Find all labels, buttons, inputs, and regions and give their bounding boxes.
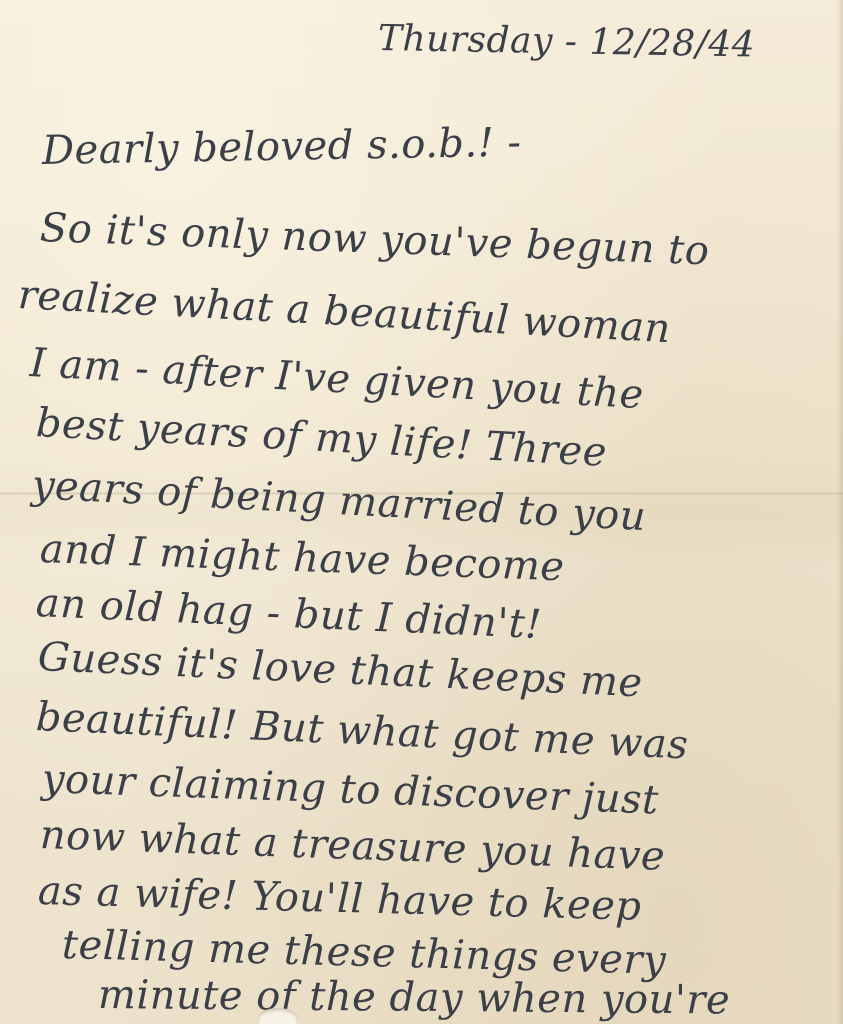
letter-line: your claiming to discover just (41, 756, 659, 824)
paper-edge (837, 0, 843, 1024)
letter-line: So it's only now you've begun to (39, 205, 710, 274)
letter-line: Guess it's love that keeps me (37, 634, 644, 706)
letter-page: Thursday - 12/28/44 Dearly beloved s.o.b… (0, 0, 843, 1024)
letter-salutation: Dearly beloved s.o.b.! - (42, 120, 522, 174)
letter-line: and I might have become (39, 526, 565, 590)
letter-line: beautiful! But what got me was (35, 694, 689, 768)
letter-date: Thursday - 12/28/44 (378, 18, 756, 66)
letter-line: as a wife! You'll have to keep (37, 868, 642, 930)
paper-tear (258, 1008, 298, 1024)
letter-line: minute of the day when you're (98, 972, 731, 1024)
letter-line: realize what a beautiful woman (17, 272, 672, 352)
